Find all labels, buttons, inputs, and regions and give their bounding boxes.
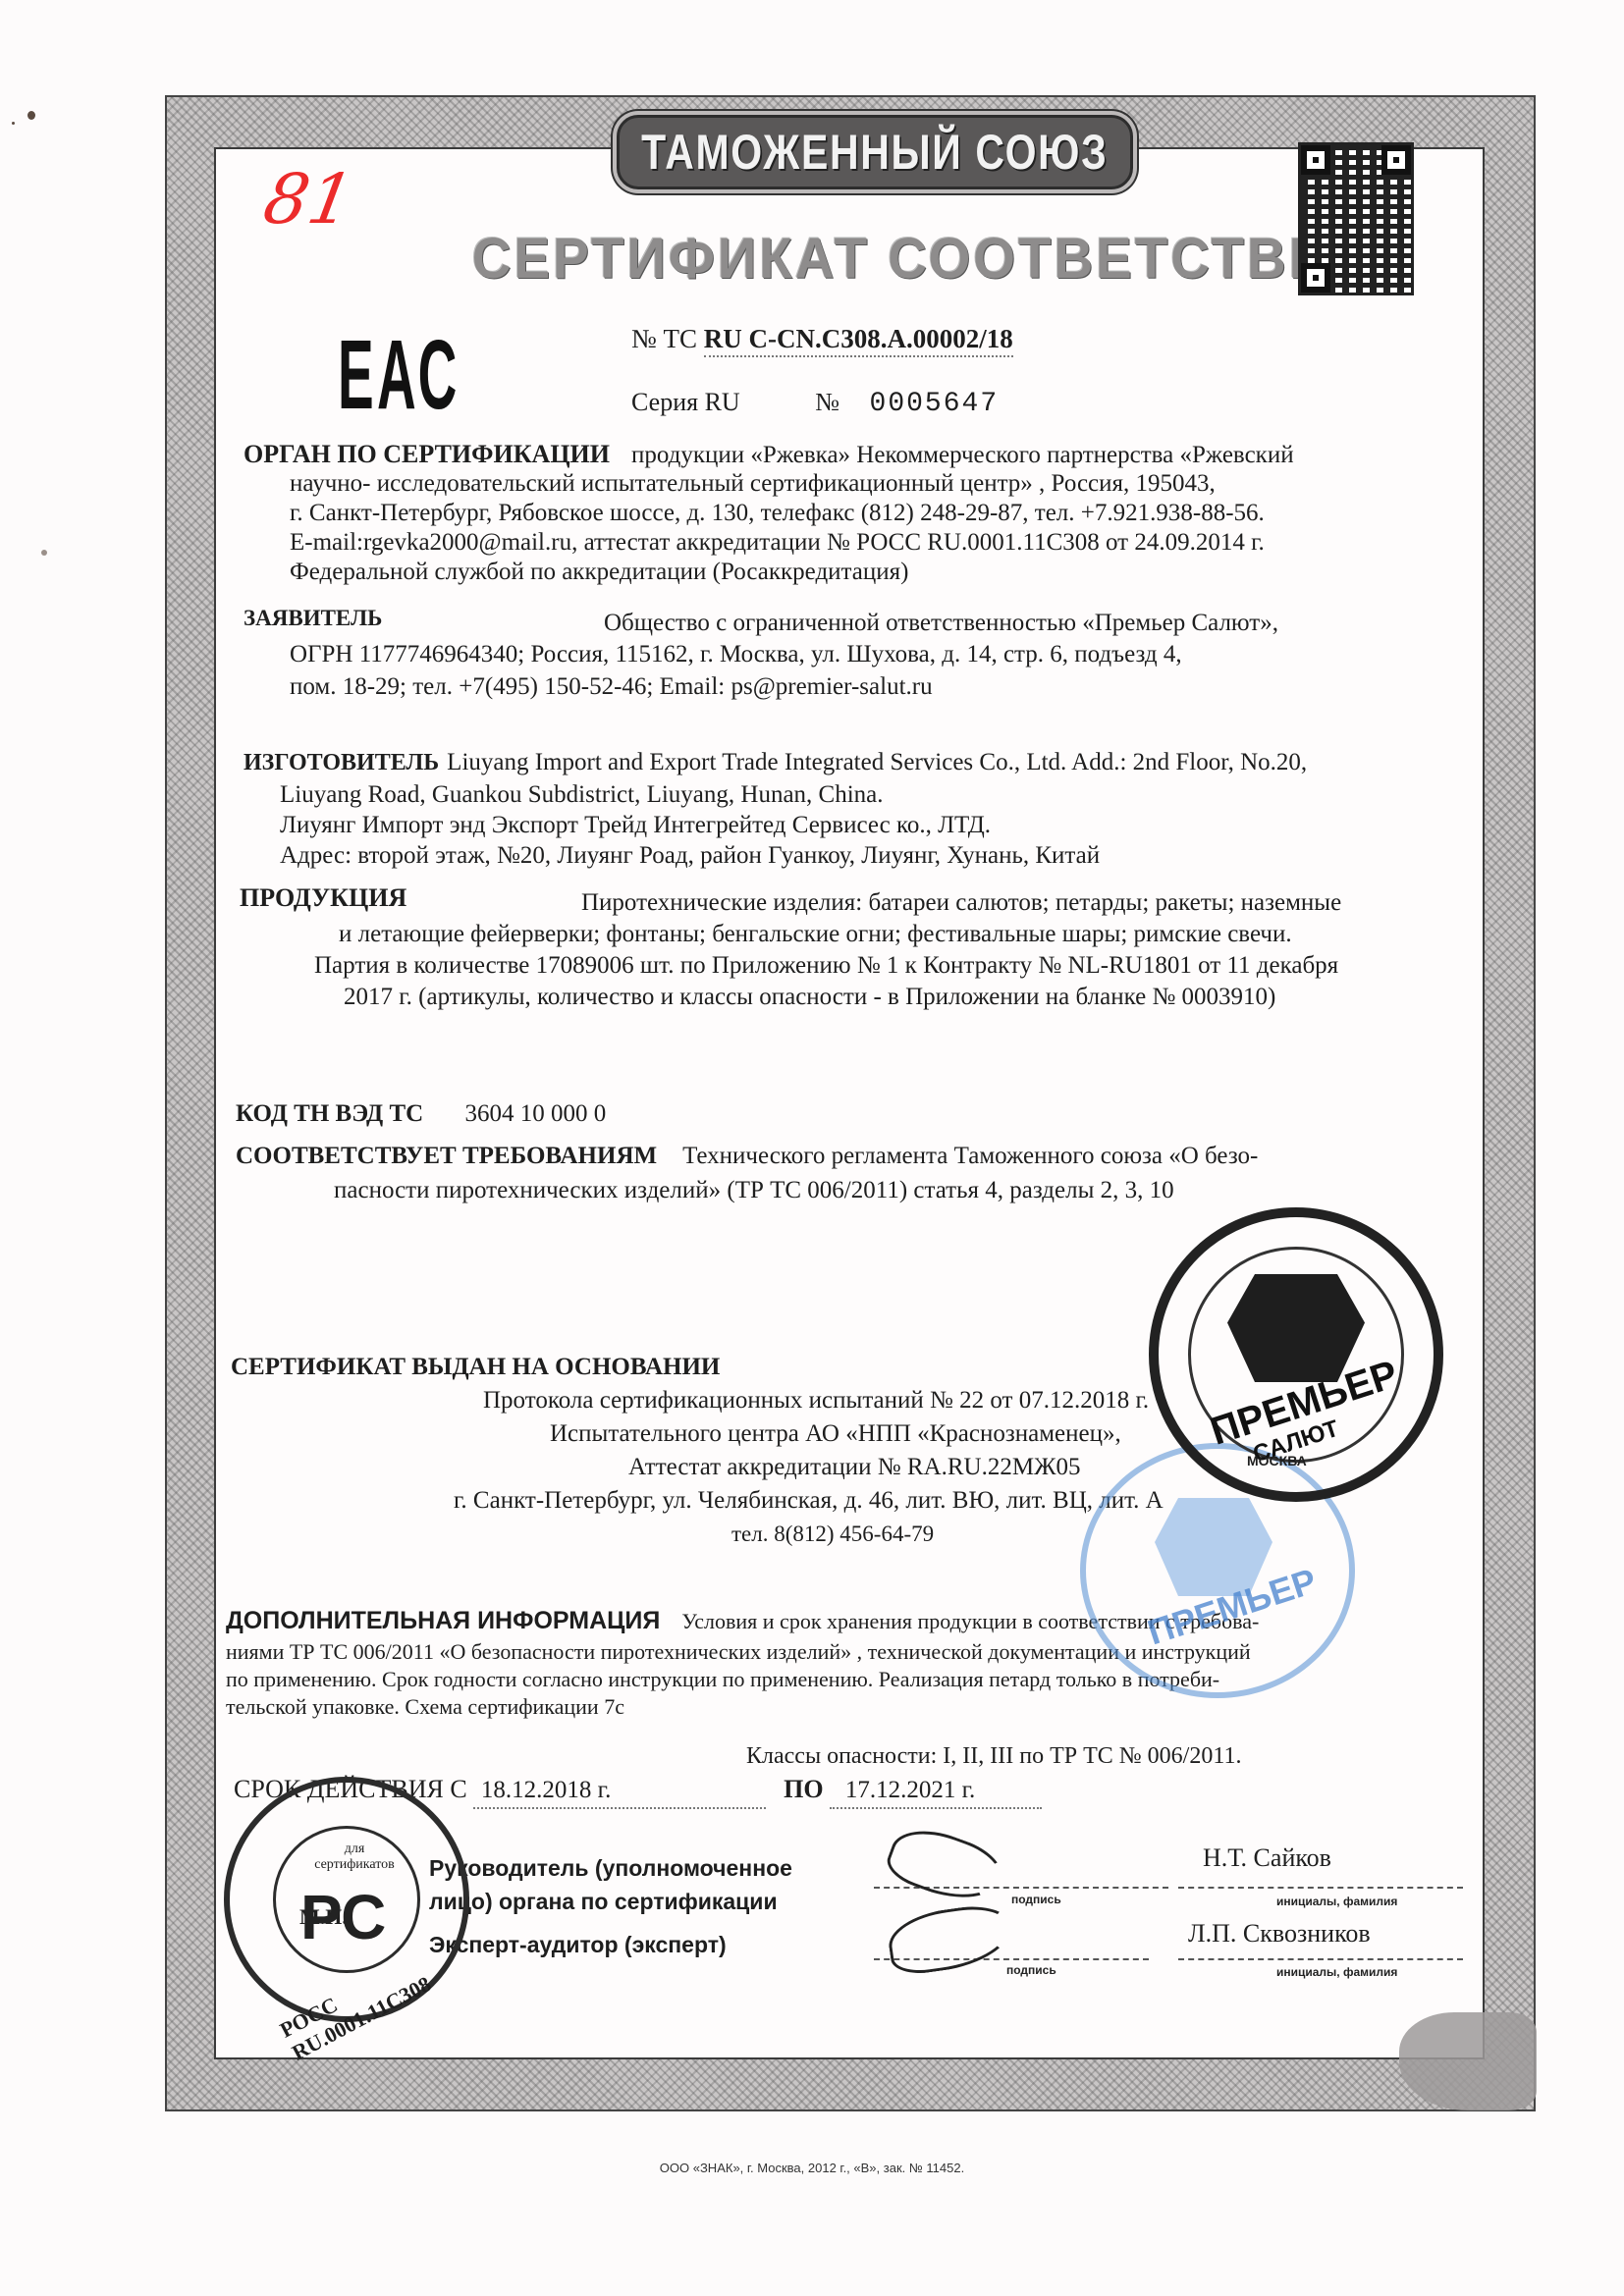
validity-to-date: 17.12.2021 г.	[830, 1776, 1042, 1809]
applicant-line-1: ОГРН 1177746964340; Россия, 115162, г. М…	[290, 640, 1182, 669]
series-value: RU	[705, 388, 740, 416]
conformity-line-1: пасности пиротехнических изделий» (ТР ТС…	[334, 1176, 1174, 1205]
eac-mark: ЕАС	[338, 322, 398, 428]
conformity-text: Технического регламента Таможенного союз…	[682, 1143, 1258, 1169]
product-line-0: Пиротехнические изделия: батареи салютов…	[581, 888, 1341, 918]
premier-salut-logo-icon	[1227, 1274, 1365, 1382]
handwritten-page-number: 81	[258, 159, 360, 240]
hs-code-row: КОД ТН ВЭД ТС 3604 10 000 0	[236, 1099, 606, 1129]
hs-code-label: КОД ТН ВЭД ТС	[236, 1100, 423, 1127]
cert-stamp-inner-text: для сертификатов	[310, 1842, 399, 1873]
manufacturer-line-1: Liuyang Road, Guankou Subdistrict, Liuya…	[280, 780, 884, 810]
head-name-caption: инициалы, фамилия	[1276, 1895, 1397, 1908]
expert-name-line	[1178, 1958, 1463, 1960]
basis-line-3: г. Санкт-Петербург, ул. Челябинская, д. …	[454, 1486, 1164, 1516]
expert-signature-caption: подпись	[1006, 1963, 1056, 1977]
printer-note: ООО «ЗНАК», г. Москва, 2012 г., «В», зак…	[0, 2161, 1624, 2175]
scan-speck	[12, 122, 15, 125]
additional-info-line-3: тельской упаковке. Схема сертификации 7с	[226, 1692, 624, 1722]
manufacturer-line-0: ИЗГОТОВИТЕЛЬLiuyang Import and Export Tr…	[244, 748, 1307, 777]
cert-number-prefix: № ТС	[631, 324, 697, 353]
certification-body-line-4: Федеральной службой по аккредитации (Рос…	[290, 558, 908, 587]
certification-body-line-3: E-mail:rgevka2000@mail.ru, аттестат аккр…	[290, 528, 1265, 558]
series-label: Серия	[631, 388, 698, 416]
certificate-title: СЕРТИФИКАТ СООТВЕТСТВИЯ	[472, 226, 1247, 292]
basis-line-1: Испытательного центра АО «НПП «Краснозна…	[550, 1419, 1121, 1449]
scan-speck	[27, 111, 35, 120]
expert-label: Эксперт-аудитор (эксперт)	[429, 1930, 727, 1959]
basis-line-2: Аттестат аккредитации № RA.RU.22МЖ05	[628, 1453, 1081, 1482]
expert-name: Л.П. Сквозников	[1188, 1919, 1371, 1949]
product-line-2: Партия в количестве 17089006 шт. по Прил…	[314, 951, 1338, 981]
applicant-line-2: пом. 18-29; тел. +7(495) 150-52-46; Emai…	[290, 672, 933, 702]
certification-body-line-0: ОРГАН ПО СЕРТИФИКАЦИИпродукции «Ржевка» …	[244, 440, 1294, 470]
product-label: ПРОДУКЦИЯ	[240, 883, 406, 913]
series-row: Серия RU № 0005647	[631, 388, 999, 419]
blank-number-value: 0005647	[870, 389, 1000, 419]
certification-body-line-2: г. Санкт-Петербург, Рябовское шоссе, д. …	[290, 499, 1265, 528]
head-signature-caption: подпись	[1011, 1893, 1061, 1906]
certification-body-stamp: для сертификатов РС РОСС RU.0001.11С308	[224, 1777, 469, 2022]
cert-number-value: RU C-CN.C308.A.00002/18	[704, 324, 1013, 357]
basis-line-4: тел. 8(812) 456-64-79	[731, 1520, 934, 1549]
basis-label: СЕРТИФИКАТ ВЫДАН НА ОСНОВАНИИ	[231, 1353, 720, 1382]
applicant-line-0: Общество с ограниченной ответственностью…	[604, 609, 1278, 638]
qr-code	[1301, 145, 1411, 293]
scan-speck	[41, 550, 47, 556]
validity-to-label: ПО	[784, 1775, 823, 1803]
customs-union-banner: ТАМОЖЕННЫЙ СОЮЗ	[617, 115, 1133, 189]
certification-body-text: продукции «Ржевка» Некоммерческого партн…	[631, 442, 1294, 468]
black-stamp-city: МОСКВА	[1247, 1453, 1307, 1468]
hs-code-value: 3604 10 000 0	[465, 1100, 607, 1127]
blank-number-label: №	[815, 388, 839, 416]
qr-finder	[1301, 263, 1330, 293]
manufacturer-line-2: Лиуянг Импорт энд Экспорт Трейд Интегрей…	[280, 811, 991, 840]
qr-finder	[1301, 145, 1330, 175]
manufacturer-line-3: Адрес: второй этаж, №20, Лиуянг Роад, ра…	[280, 841, 1100, 871]
certification-body-line-1: научно- исследовательский испытательный …	[290, 469, 1216, 499]
hazard-classes: Классы опасности: I, II, III по ТР ТС № …	[746, 1741, 1241, 1771]
expert-name-caption: инициалы, фамилия	[1276, 1965, 1397, 1979]
product-line-3: 2017 г. (артикулы, количество и классы о…	[344, 983, 1275, 1012]
qr-finder	[1381, 145, 1411, 175]
head-label-line-2: лицо) органа по сертификации	[429, 1887, 778, 1916]
product-line-1: и летающие фейерверки; фонтаны; бенгальс…	[339, 920, 1292, 949]
additional-info-line-2: по применению. Срок годности согласно ин…	[226, 1665, 1219, 1694]
conformity-line-0: СООТВЕТСТВУЕТ ТРЕБОВАНИЯМТехнического ре…	[236, 1142, 1258, 1171]
head-label-line-1: Руководитель (уполномоченное	[429, 1853, 792, 1883]
certificate-number: № ТС RU C-CN.C308.A.00002/18	[631, 324, 1013, 353]
additional-info-label: ДОПОЛНИТЕЛЬНАЯ ИНФОРМАЦИЯ	[226, 1607, 660, 1634]
manufacturer-text: Liuyang Import and Export Trade Integrat…	[447, 749, 1307, 775]
customs-union-text: ТАМОЖЕННЫЙ СОЮЗ	[641, 124, 1108, 181]
conformity-label: СООТВЕТСТВУЕТ ТРЕБОВАНИЯМ	[236, 1143, 657, 1169]
certification-body-label: ОРГАН ПО СЕРТИФИКАЦИИ	[244, 440, 610, 468]
applicant-label: ЗАЯВИТЕЛЬ	[244, 604, 382, 633]
head-name-line	[1178, 1887, 1463, 1889]
head-name: Н.Т. Сайков	[1203, 1843, 1331, 1873]
rosstest-mark-icon: РС	[300, 1881, 386, 1953]
basis-line-0: Протокола сертификационных испытаний № 2…	[483, 1386, 1149, 1415]
border-ornament	[1399, 2012, 1537, 2110]
validity-from-date: 18.12.2018 г.	[473, 1776, 766, 1809]
company-stamp-black: ПРЕМЬЕР САЛЮТ МОСКВА	[1149, 1207, 1443, 1502]
manufacturer-label: ИЗГОТОВИТЕЛЬ	[244, 750, 439, 775]
additional-info-line-1: ниями ТР ТС 006/2011 «О безопасности пир…	[226, 1637, 1251, 1667]
